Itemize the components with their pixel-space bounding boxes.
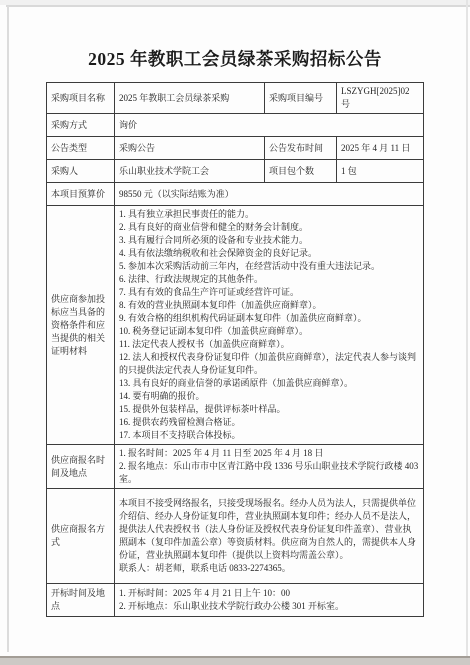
row-label: 本项目预算价	[47, 183, 115, 206]
row-value-list: 1. 具有独立承担民事责任的能力。2. 具有良好的商业信誉和健全的财务会计制度。…	[115, 206, 424, 445]
announcement-table: 采购项目名称2025 年教职工会员绿茶采购采购项目编号LSZYGH[2025]0…	[46, 82, 424, 617]
cell-line: 1. 报名时间：2025 年 4 月 11 日至 2025 年 4 月 18 日	[119, 447, 419, 460]
row-label: 采购项目名称	[47, 83, 115, 114]
row-label: 采购人	[47, 160, 115, 183]
row-value-list: 1. 报名时间：2025 年 4 月 11 日至 2025 年 4 月 18 日…	[115, 445, 424, 489]
row-label: 公告类型	[47, 137, 115, 160]
row-value: 询价	[115, 114, 424, 137]
scan-bottom-band	[0, 658, 470, 665]
table-row: 采购人乐山职业技术学院工会项目包个数1 包	[47, 160, 424, 183]
row-value: 乐山职业技术学院工会	[115, 160, 265, 183]
page-title: 2025 年教职工会员绿茶采购招标公告	[0, 46, 470, 71]
scan-left-edge-line	[7, 6, 9, 652]
row-label: 供应商报名方式	[47, 489, 115, 584]
cell-line: 7. 具有有效的食品生产许可证或经营许可证。	[119, 286, 419, 299]
row-value: 采购公告	[115, 137, 265, 160]
table-row: 本项目预算价98550 元（以实际结账为准）	[47, 183, 424, 206]
row-value-list: 本项目不接受网络报名，只接受现场报名。经办人员为法人，只需提供单位介绍信、经办人…	[115, 489, 424, 584]
cell-line: 13. 具有良好的商业信誉的承诺函原件（加盖供应商鲜章）。	[119, 377, 419, 390]
announcement-table-body: 采购项目名称2025 年教职工会员绿茶采购采购项目编号LSZYGH[2025]0…	[47, 83, 424, 617]
table-row: 开标时间及地点1. 开标时间：2025 年 4 月 21 日上午 10：002.…	[47, 584, 424, 617]
row-label-2: 公告发布时间	[265, 137, 337, 160]
row-value-list: 1. 开标时间：2025 年 4 月 21 日上午 10：002. 开标地点：乐…	[115, 584, 424, 617]
row-label: 采购方式	[47, 114, 115, 137]
row-value-2: 1 包	[337, 160, 424, 183]
cell-line: 联系人：胡老师，联系电话 0833-2274365。	[119, 562, 419, 575]
cell-line: 17. 本项目不支持联合体投标。	[119, 429, 419, 442]
table-row: 供应商报名时间及地点1. 报名时间：2025 年 4 月 11 日至 2025 …	[47, 445, 424, 489]
row-label-2: 采购项目编号	[265, 83, 337, 114]
cell-line: 5. 参加本次采购活动前三年内，在经营活动中没有重大违法记录。	[119, 260, 419, 273]
cell-line: 16. 提供农药残留检测合格证。	[119, 416, 419, 429]
row-label: 开标时间及地点	[47, 584, 115, 617]
cell-line: 本项目不接受网络报名，只接受现场报名。经办人员为法人，只需提供单位介绍信、经办人…	[119, 497, 419, 562]
cell-line: 4. 具有依法缴纳税收和社会保障资金的良好记录。	[119, 247, 419, 260]
cell-line: 9. 有效合格的组织机构代码证副本复印件（加盖供应商鲜章）。	[119, 312, 419, 325]
table-row: 供应商参加投标应当具备的资格条件和应当提供的相关证明材料1. 具有独立承担民事责…	[47, 206, 424, 445]
row-label: 供应商报名时间及地点	[47, 445, 115, 489]
table-row: 采购方式询价	[47, 114, 424, 137]
cell-line: 1. 开标时间：2025 年 4 月 21 日上午 10：00	[119, 587, 419, 600]
row-label: 供应商参加投标应当具备的资格条件和应当提供的相关证明材料	[47, 206, 115, 445]
table-row: 采购项目名称2025 年教职工会员绿茶采购采购项目编号LSZYGH[2025]0…	[47, 83, 424, 114]
cell-line: 2. 报名地点：乐山市市中区青江路中段 1336 号乐山职业技术学院行政楼 40…	[119, 460, 419, 486]
row-value-2: LSZYGH[2025]02 号	[337, 83, 424, 114]
cell-line: 14. 要有明确的报价。	[119, 390, 419, 403]
cell-line: 6. 法律、行政法规规定的其他条件。	[119, 273, 419, 286]
cell-line: 2. 具有良好的商业信誉和健全的财务会计制度。	[119, 221, 419, 234]
table-row: 公告类型采购公告公告发布时间2025 年 4 月 11 日	[47, 137, 424, 160]
cell-line: 3. 具有履行合同所必须的设备和专业技术能力。	[119, 234, 419, 247]
scan-right-edge-line	[466, 0, 468, 665]
cell-line: 1. 具有独立承担民事责任的能力。	[119, 208, 419, 221]
cell-line: 11. 法定代表人授权书（加盖供应商鲜章）。	[119, 338, 419, 351]
cell-line: 12. 法人和授权代表身份证复印件（加盖供应商鲜章），法定代表人参与谈判的只提供…	[119, 351, 419, 377]
table-row: 供应商报名方式本项目不接受网络报名，只接受现场报名。经办人员为法人，只需提供单位…	[47, 489, 424, 584]
row-label-2: 项目包个数	[265, 160, 337, 183]
cell-line: 15. 提供外包装样品，提供评标茶叶样品。	[119, 403, 419, 416]
cell-line: 8. 有效的营业执照副本复印件（加盖供应商鲜章）。	[119, 299, 419, 312]
cell-line: 2. 开标地点：乐山职业技术学院行政办公楼 301 开标室。	[119, 600, 419, 613]
row-value: 98550 元（以实际结账为准）	[115, 183, 424, 206]
row-value: 2025 年教职工会员绿茶采购	[115, 83, 265, 114]
row-value-2: 2025 年 4 月 11 日	[337, 137, 424, 160]
cell-line: 10. 税务登记证副本复印件（加盖供应商鲜章）。	[119, 325, 419, 338]
scan-top-edge-line	[6, 5, 470, 7]
